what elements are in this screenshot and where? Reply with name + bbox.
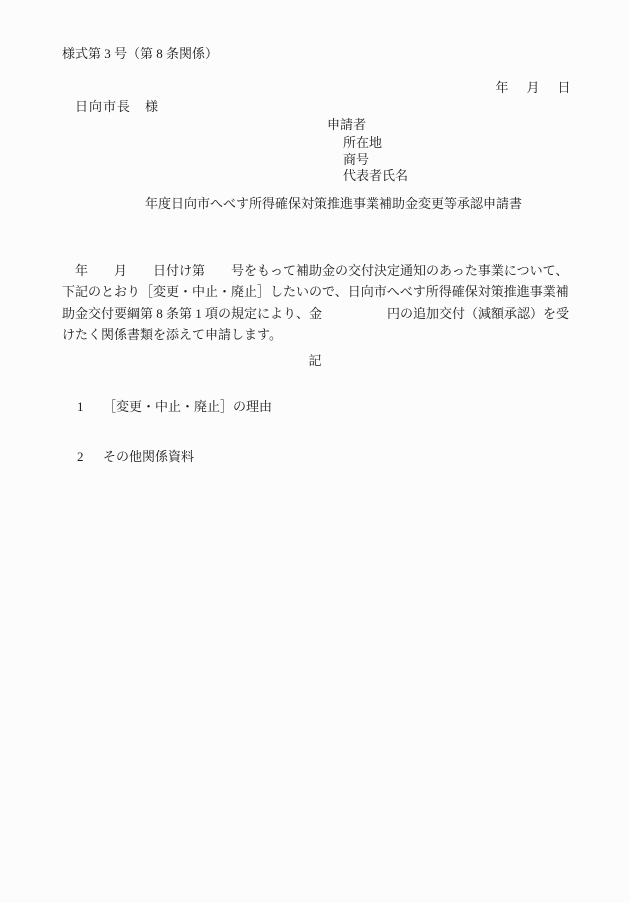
addressee: 日向市長 様 bbox=[75, 99, 159, 114]
document-title: 年度日向市へべす所得確保対策推進事業補助金変更等承認申請書 bbox=[145, 196, 522, 211]
date-line: 年 月 日 bbox=[495, 80, 573, 95]
body-line: けたく関係書類を添えて申請します。 bbox=[62, 324, 574, 345]
body-line: 年 月 日付け第 号をもって補助金の交付決定通知のあった事業について、 bbox=[62, 260, 574, 281]
item-number: 1 bbox=[77, 399, 103, 414]
applicant-field-trade-name: 商号 bbox=[343, 152, 369, 167]
body-paragraph: 年 月 日付け第 号をもって補助金の交付決定通知のあった事業について、 下記のと… bbox=[62, 260, 574, 346]
form-number: 様式第 3 号（第 8 条関係） bbox=[62, 46, 218, 61]
applicant-field-representative-name: 代表者氏名 bbox=[343, 168, 408, 183]
item-text: その他関係資料 bbox=[103, 449, 194, 464]
item-number: 2 bbox=[77, 449, 103, 464]
list-item-other-materials: 2その他関係資料 bbox=[64, 434, 194, 479]
document-page: 様式第 3 号（第 8 条関係） 年 月 日 日向市長 様 申請者 所在地 商号… bbox=[0, 0, 630, 903]
list-item-reason: 1［変更・中止・廃止］の理由 bbox=[64, 384, 272, 429]
applicant-label: 申請者 bbox=[327, 117, 366, 132]
applicant-field-address: 所在地 bbox=[343, 135, 382, 150]
body-line: 助金交付要綱第 8 条第 1 項の規定により、金 円の追加交付（減額承認）を受 bbox=[62, 303, 574, 324]
body-line: 下記のとおり［変更・中止・廃止］したいので、日向市へべす所得確保対策推進事業補 bbox=[62, 281, 574, 302]
item-text: ［変更・中止・廃止］の理由 bbox=[103, 399, 272, 414]
record-marker: 記 bbox=[0, 350, 630, 369]
